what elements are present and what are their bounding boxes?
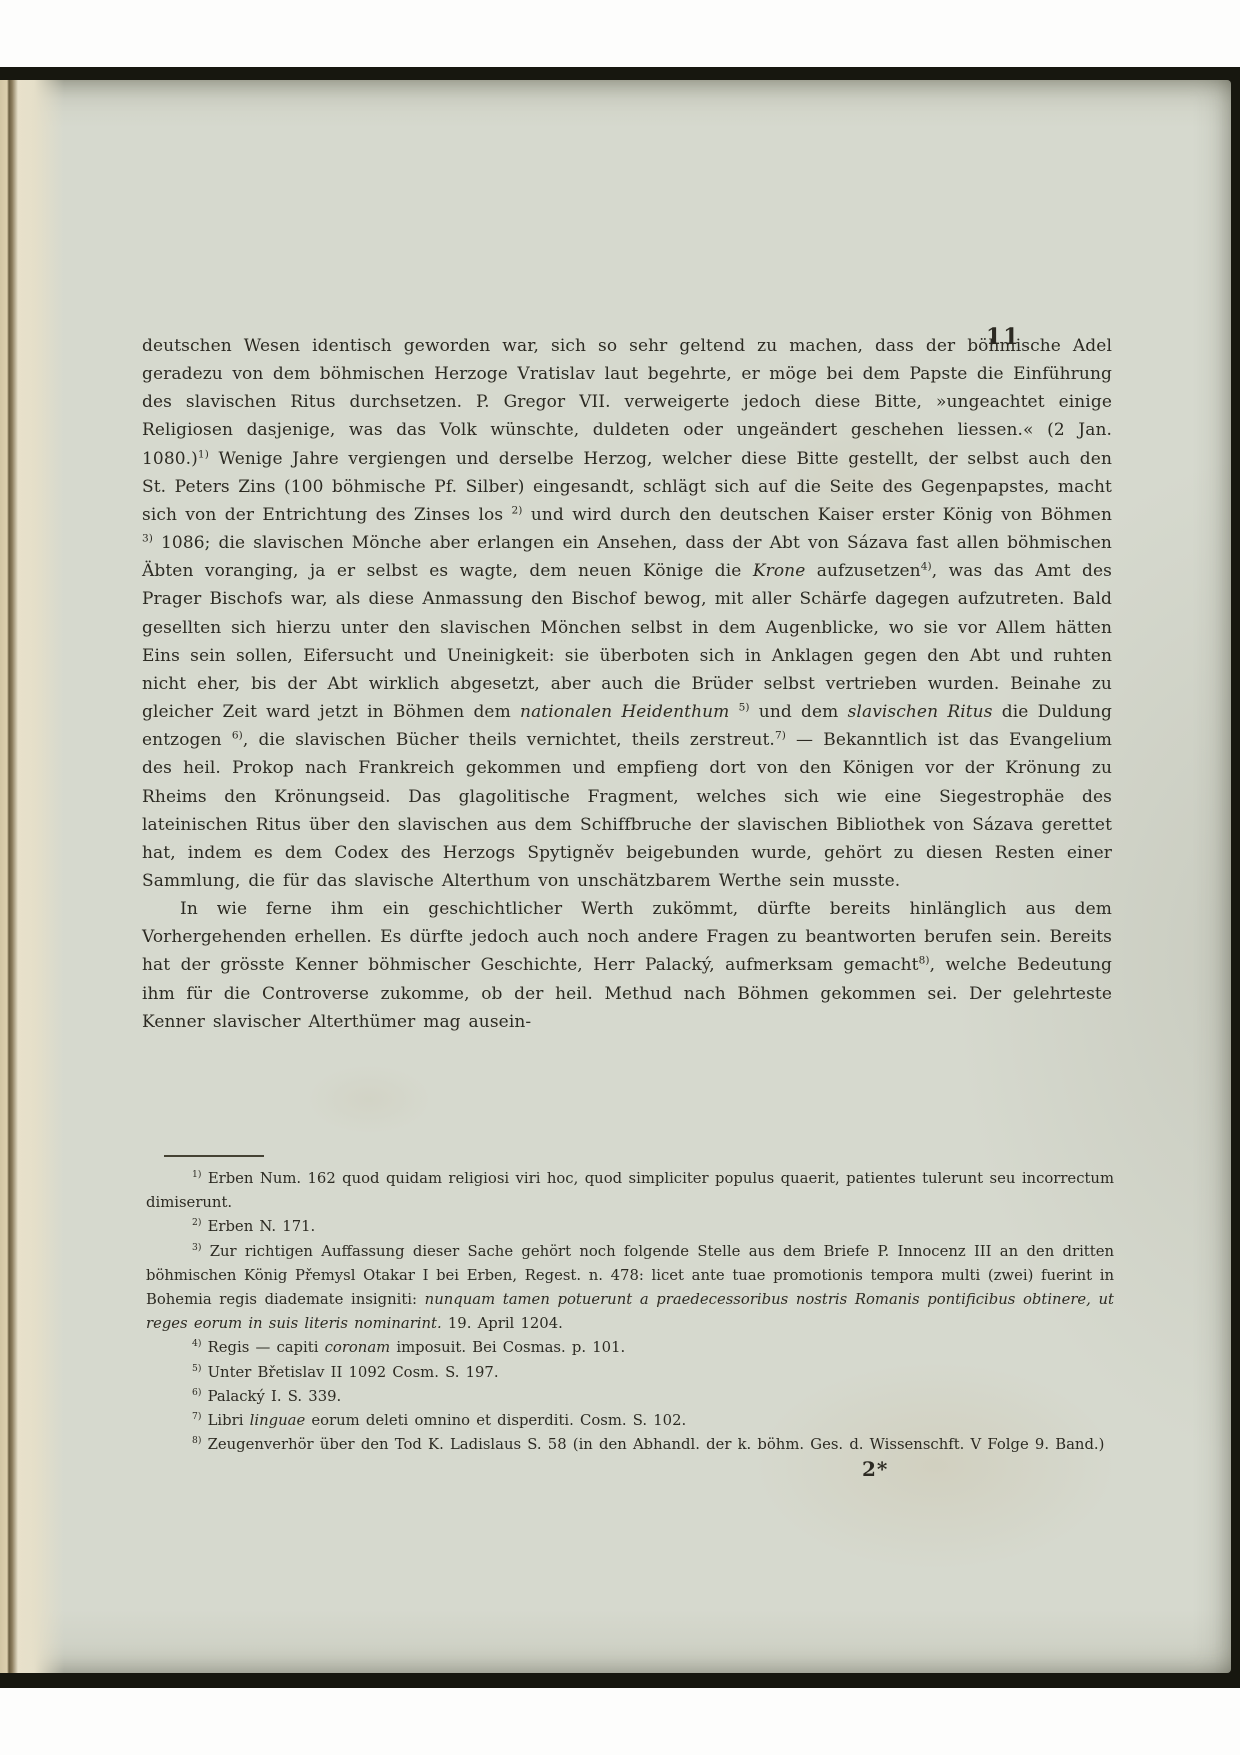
footnote-ref: 7) [775,730,786,742]
footnote-ref: 6) [192,1387,201,1398]
footnote-ref: 6) [232,730,243,742]
signature-mark: 2* [862,1457,888,1481]
body-text: deutschen Wesen identisch geworden war, … [142,332,1112,1036]
paper-page: 11 deutschen Wesen identisch geworden wa… [0,80,1231,1673]
text-run: und wird durch den deutschen Kaiser erst… [523,505,1113,525]
footnote: 4) Regis — capiti coronam imposuit. Bei … [146,1336,1114,1360]
text-run: coronam [325,1339,391,1356]
footnote-ref: 2) [512,504,523,516]
text-run: Erben N. 171. [201,1218,315,1235]
text-run: Unter Břetislav II 1092 Cosm. S. 197. [201,1364,498,1381]
footnote-ref: 2) [192,1217,201,1228]
footnote-ref: 1) [192,1169,201,1180]
book-edge-strip [0,80,64,1673]
text-run: Krone [753,561,806,581]
footnote: 3) Zur richtigen Auffassung dieser Sache… [146,1240,1114,1337]
text-run: Zeugenverhör über den Tod K. Ladislaus S… [201,1436,1104,1453]
footnote: 6) Palacký I. S. 339. [146,1385,1114,1409]
footnote: 2) Erben N. 171. [146,1215,1114,1239]
footnote: 8) Zeugenverhör über den Tod K. Ladislau… [146,1433,1114,1457]
footnote-ref: 8) [192,1435,201,1446]
footnote-ref: 3) [142,532,153,544]
text-run: und dem [750,702,848,722]
text-run: , was das Amt des Prager Bischofs war, a… [142,561,1112,722]
footnote-ref: 8) [919,955,930,967]
text-run [729,702,738,722]
footnote-ref: 5) [739,701,750,713]
footnote-ref: 1) [198,448,209,460]
text-run: Libri [201,1412,249,1429]
footnote: 7) Libri linguae eorum deleti omnino et … [146,1409,1114,1433]
paragraph: deutschen Wesen identisch geworden war, … [142,332,1112,895]
text-run: eorum deleti omnino et disperditi. Cosm.… [305,1412,686,1429]
scan-backdrop: 11 deutschen Wesen identisch geworden wa… [0,67,1240,1688]
footnotes: 1) Erben Num. 162 quod quidam religiosi … [146,1167,1114,1457]
footnote: 5) Unter Břetislav II 1092 Cosm. S. 197. [146,1361,1114,1385]
text-run: , die slavischen Bücher theils vernichte… [243,730,775,750]
text-run: aufzusetzen [805,561,920,581]
text-run: — Bekanntlich ist das Evangelium des hei… [142,730,1112,891]
text-run: imposuit. Bei Cosmas. p. 101. [390,1339,625,1356]
paragraph: In wie ferne ihm ein geschichtlicher Wer… [142,895,1112,1036]
text-run: 19. April 1204. [442,1315,563,1332]
footnote-rule [164,1155,264,1157]
text-run: linguae [250,1412,306,1429]
text-run: nationalen Heidenthum [520,702,729,722]
text-run: Regis — capiti [201,1339,324,1356]
footnote-ref: 3) [192,1242,201,1253]
book-page-scan: 11 deutschen Wesen identisch geworden wa… [0,0,1240,1755]
text-run: slavischen Ritus [848,702,993,722]
footnote: 1) Erben Num. 162 quod quidam religiosi … [146,1167,1114,1215]
footnote-ref: 5) [192,1363,201,1374]
footnote-ref: 4) [192,1339,201,1350]
text-run: Erben Num. 162 quod quidam religiosi vir… [146,1170,1114,1211]
footnote-ref: 7) [192,1411,201,1422]
footnote-ref: 4) [921,561,932,573]
text-run: Palacký I. S. 339. [201,1388,341,1405]
